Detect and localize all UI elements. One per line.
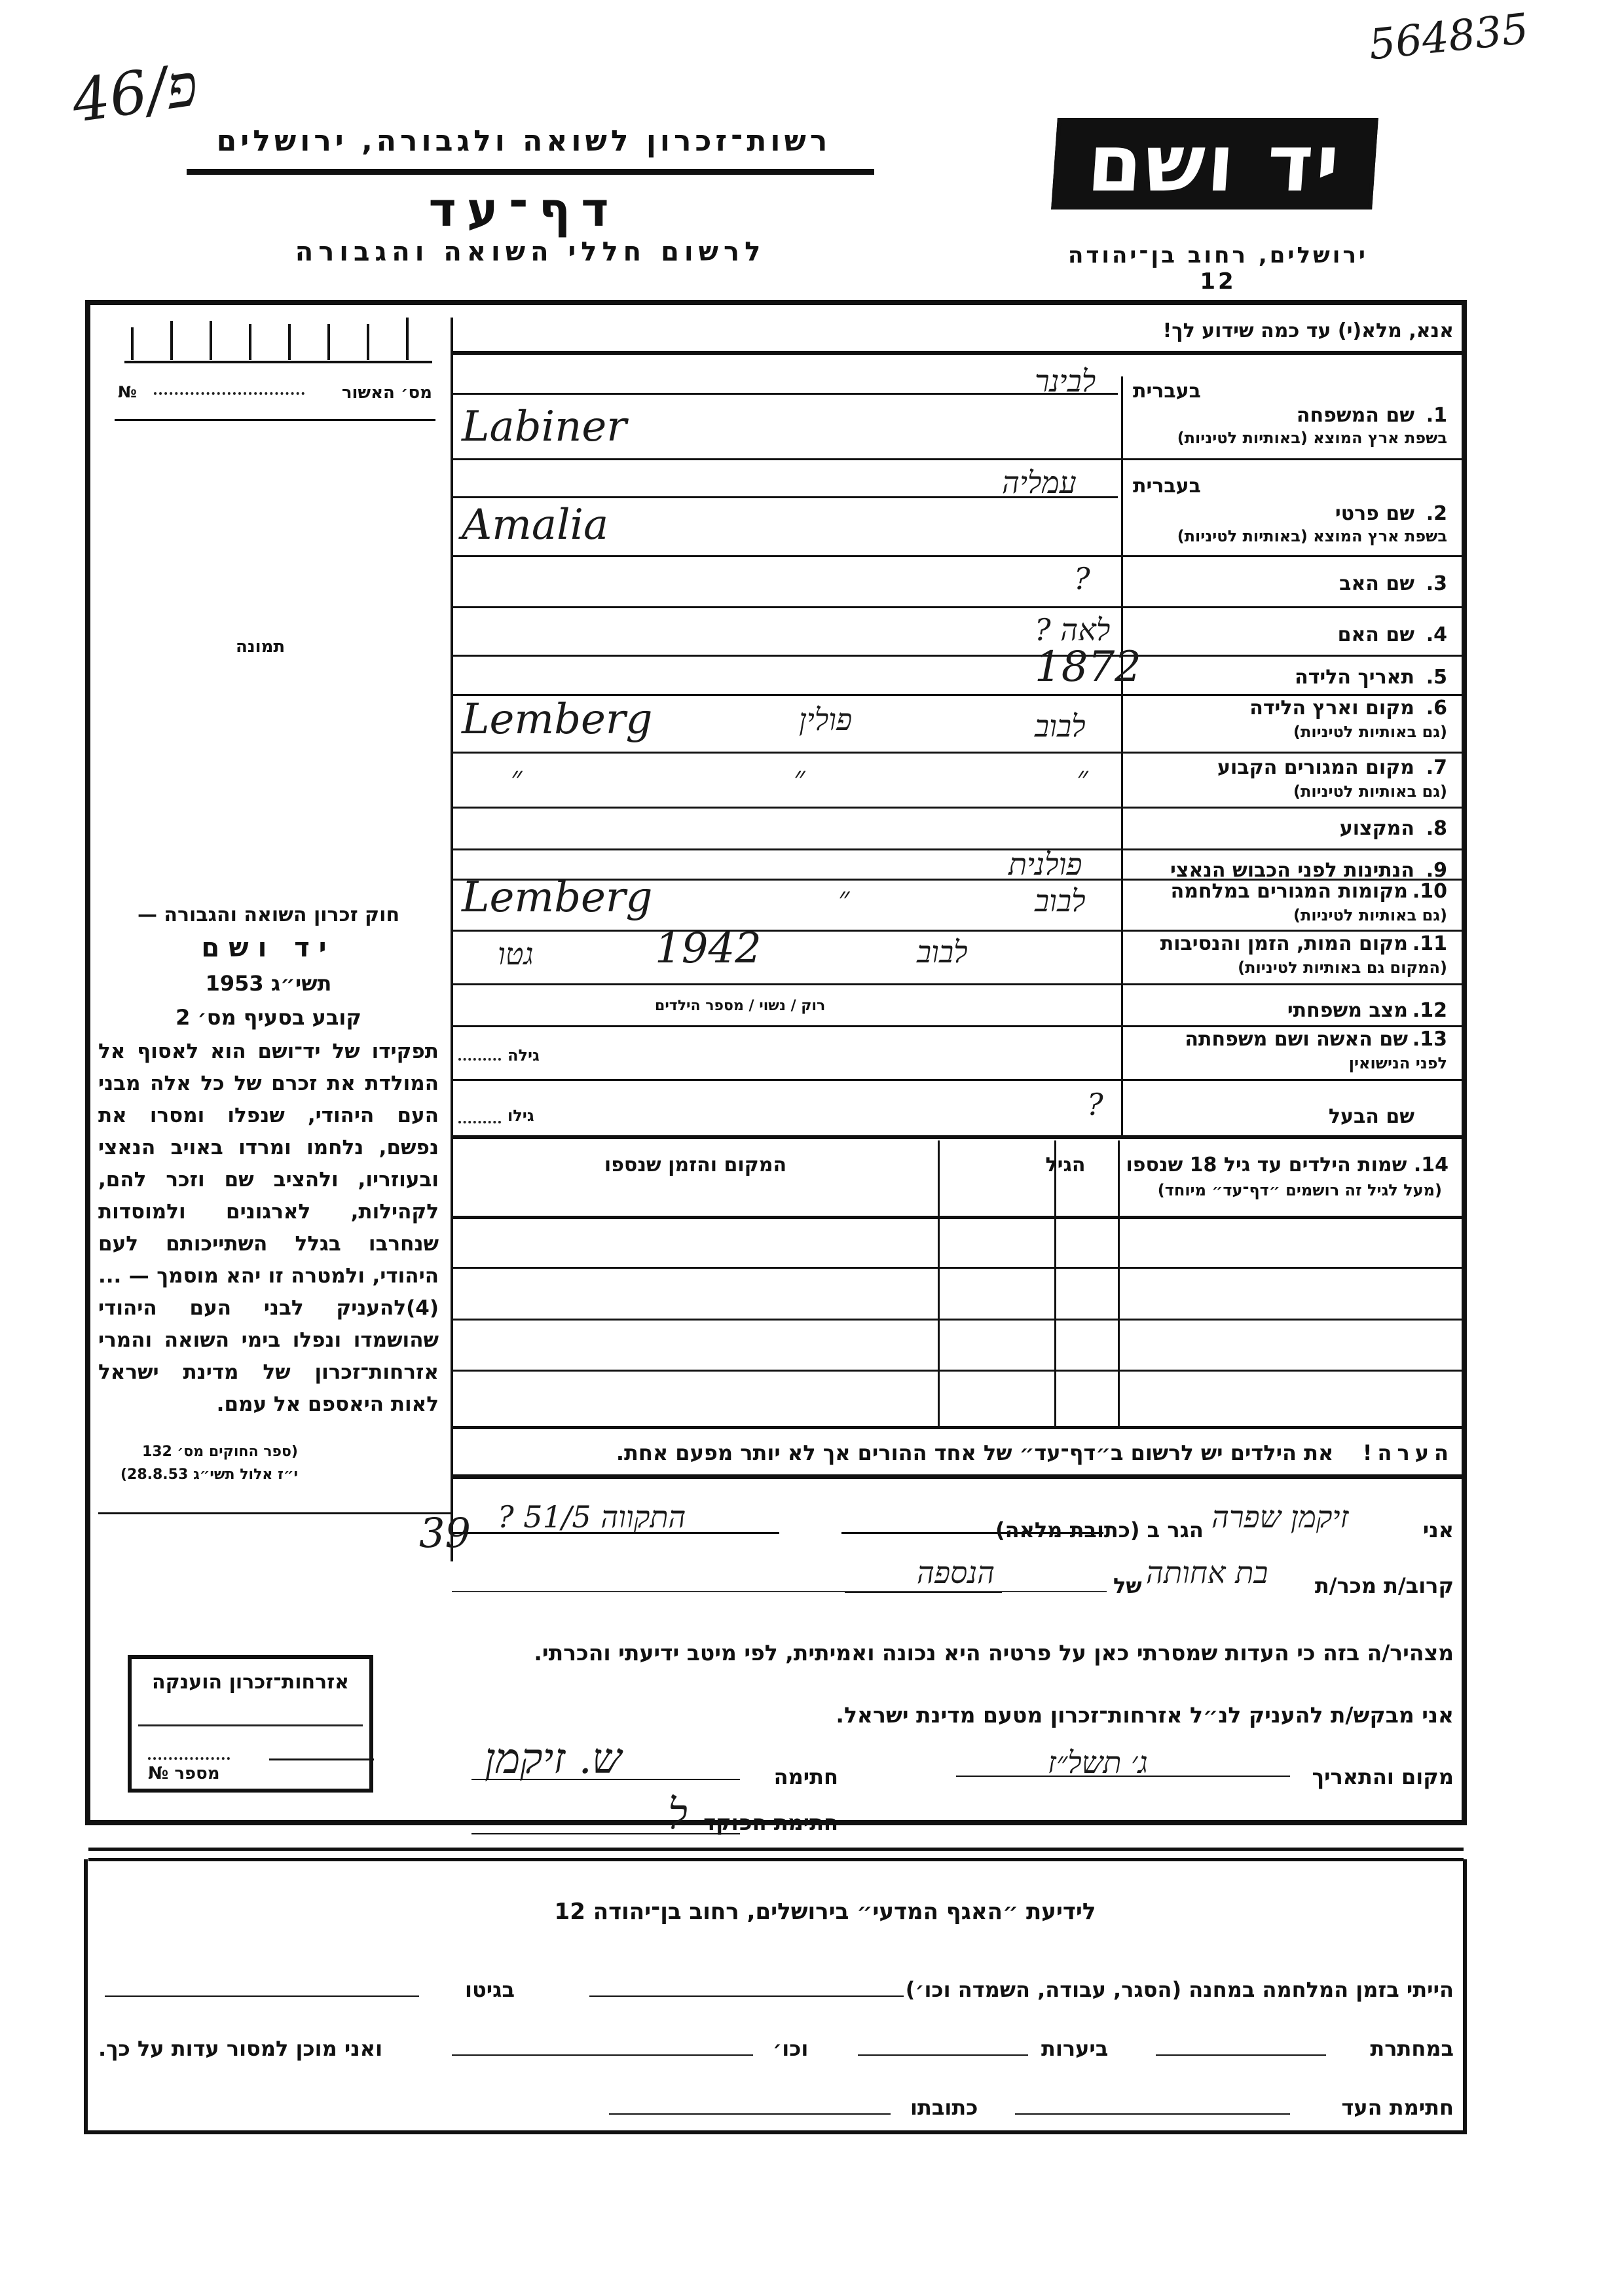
place-date-field[interactable]: מקום והתאריך ג׳ תשל״ז: [950, 1738, 1454, 1797]
field-first-name[interactable]: בעברית 2. שם פרטי בשפת ארץ המוצא (באותיו…: [458, 462, 1460, 553]
of-line: [452, 1591, 1107, 1592]
law-body-text: תפקידו של יד־ושם הוא לאסוף אל המולדת את …: [98, 1036, 439, 1421]
law-year-hebrew: תשי״ג: [271, 971, 332, 996]
note-divider: [453, 1474, 1462, 1479]
declarant-name-field[interactable]: אני זיקמן שפרה הגר ב (כתובת מלאה) התקווה…: [458, 1499, 1460, 1552]
children-row-4[interactable]: [453, 1373, 1462, 1424]
official-signature-field[interactable]: חתימת הפוקד ל: [471, 1797, 838, 1843]
approval-number-ticks: [124, 314, 432, 363]
declarant-relation-field[interactable]: קרוב/ת מכר/ת בת אחותה של הנספה: [458, 1555, 1460, 1607]
field-10-label: מקומות המגורים במלחמה: [1171, 880, 1408, 903]
underground-label: במחתרת: [1370, 2036, 1454, 2061]
children-row-3[interactable]: [453, 1322, 1462, 1369]
field-13-age-dots: [458, 1058, 501, 1061]
children-number: 14.: [1414, 1154, 1449, 1176]
field-wartime-residence[interactable]: 10. מקומות המגורים במלחמה (גם באותיות לט…: [458, 880, 1460, 930]
scientific-dept-title: לידיעת ״האגף המדעי״ בירושלים, רחוב בן־יה…: [458, 1899, 1192, 1925]
children-title: שמות הילדים עד גיל 18 שנספו: [1126, 1154, 1407, 1176]
field-6-value-city: לבוב: [1035, 708, 1086, 744]
field-13-label: שם האשה ושם משפחתה: [1185, 1028, 1408, 1051]
field-2-value-latin: Amalia: [462, 501, 608, 549]
photo-label: תמונה: [236, 637, 285, 657]
signature-field[interactable]: חתימה ש. זיקמן: [471, 1738, 838, 1797]
children-table-title: 14. שמות הילדים עד גיל 18 שנספו: [1126, 1154, 1449, 1176]
of-value: הנספה: [917, 1555, 995, 1590]
witness-address-label: כתובתו: [910, 2095, 978, 2120]
field-11-label: מקום המות, הזמן והנסיבות: [1160, 932, 1408, 955]
memorial-citizenship-stamp: אזרחות־זכרון הוענקה מספר №: [128, 1655, 373, 1793]
field-13-age-label: גילה: [507, 1046, 540, 1065]
field-13-number: 13.: [1412, 1028, 1447, 1051]
note-text: את הילדים יש לרשום ב״דף־עד״ של אחד ההורי…: [616, 1440, 1333, 1465]
field-2-sublabel: בשפת ארץ המוצא (באותיות לטיניות): [1177, 527, 1447, 545]
field-3-divider: [453, 606, 1462, 608]
underground-line[interactable]: במחתרת ביערות וכו׳ ואני מוכן למסור עדות …: [98, 2030, 1454, 2069]
field-4-value: לאה ?: [1035, 612, 1110, 647]
approval-divider: [115, 419, 435, 421]
handwritten-file-ref: פ/46: [68, 50, 202, 136]
place-date-value: ג׳ תשל״ז: [1048, 1745, 1148, 1780]
children-row-line-1: [453, 1267, 1462, 1269]
etc-line-blank: [452, 2054, 753, 2056]
place-date-label: מקום והתאריך: [1312, 1764, 1454, 1789]
field-2-hebrew-line: [453, 496, 1118, 498]
stamp-line-2: [269, 1758, 374, 1760]
law-clause: קובע בסעיף מס׳ 2: [105, 1005, 432, 1030]
form-title: דף־עד: [341, 182, 707, 237]
field-5-label: תאריך הלידה: [1295, 666, 1414, 689]
institution-address: ירושלים, רחוב בן־יהודה 12: [1048, 242, 1388, 295]
declaration-text: מצהיר/ה בזה כי העדות שמסרתי כאן על פרטיה…: [458, 1640, 1454, 1666]
children-row-2[interactable]: [453, 1270, 1462, 1317]
approval-number-field[interactable]: מס׳ האשור №: [118, 383, 432, 409]
place-date-line: [956, 1776, 1290, 1777]
field-10-number: 10.: [1412, 880, 1447, 903]
children-place-header: המקום והזמן שנספו: [453, 1154, 938, 1176]
etc-label: וכו׳: [773, 2036, 808, 2061]
signature-value: ש. זיקמן: [485, 1735, 621, 1783]
field-marital-status[interactable]: 12. מצב משפחתי רוק / נשוי / מספר הילדים: [458, 985, 1460, 1024]
handwritten-record-number: 564835: [1367, 5, 1531, 69]
field-1-value-latin: Labiner: [462, 403, 627, 451]
logo-text: יד ושם: [1084, 118, 1344, 210]
field-permanent-residence[interactable]: 7. מקום המגורים הקבוע (גם באותיות לטיניו…: [458, 753, 1460, 807]
field-1-number: 1.: [1426, 404, 1447, 427]
photo-area[interactable]: תמונה: [105, 429, 439, 887]
signature-line: [471, 1779, 740, 1780]
field-2-value-hebrew: עמליה: [1002, 465, 1077, 500]
field-12-label: מצב משפחתי: [1287, 999, 1408, 1022]
field-1-divider: [453, 458, 1462, 460]
field-7-value-ditto: ״ ״ ״: [511, 759, 1219, 795]
field-birth-place[interactable]: 6. מקום וארץ הלידה (גם באותיות לטיניות) …: [458, 695, 1460, 751]
willing-to-testify-text: ואני מוכן למסור עדות על כך.: [98, 2036, 382, 2061]
field-2-divider: [453, 555, 1462, 557]
declarant-address-line: [452, 1532, 779, 1534]
form-section-divider-1: [88, 1848, 1464, 1851]
field-10-value-hebrew: לבוב: [1035, 883, 1086, 919]
field-husband-age-label: גילו: [507, 1106, 534, 1125]
field-7-number: 7.: [1426, 756, 1447, 779]
official-signature-value: ל: [668, 1791, 688, 1839]
field-6-value-country: פולין: [799, 702, 852, 737]
field-4-label: שם האם: [1338, 623, 1414, 646]
field-2-hebrew-tag: בעברית: [1133, 475, 1201, 498]
request-text: אני מבקש/ת להעניק לנ״ל אזרחות־זכרון מטעם…: [458, 1702, 1454, 1728]
stamp-number-label: מספר №: [148, 1764, 220, 1783]
camp-line[interactable]: הייתי בזמן המלחמה במחנה (הסגר, עבודה, הש…: [98, 1971, 1454, 2010]
field-8-label: המקצוע: [1340, 817, 1414, 840]
form-subtitle: לרשום חללי השואה והגבורה: [255, 237, 805, 267]
field-11-sublabel: (המקום גם באותיות לטיניות): [1238, 958, 1447, 977]
field-12-options: רוק / נשוי / מספר הילדים: [655, 998, 825, 1014]
field-husband-divider: [453, 1135, 1462, 1139]
field-5-number: 5.: [1426, 666, 1447, 689]
witness-address-blank: [609, 2113, 891, 2115]
field-2-label: שם פרטי: [1335, 502, 1414, 525]
field-1-hebrew-line: [453, 393, 1118, 395]
children-row-line-2: [453, 1319, 1462, 1321]
witness-signature-blank: [1015, 2113, 1290, 2115]
field-9-value: פולנית: [1008, 847, 1082, 882]
children-row-line-3: [453, 1370, 1462, 1372]
organization-name: רשות־זכרון לשואה ולגבורה, ירושלים: [183, 124, 864, 158]
camp-text: הייתי בזמן המלחמה במחנה (הסגר, עבודה, הש…: [906, 1977, 1454, 2002]
children-table: 14. שמות הילדים עד גיל 18 שנספו (מעל לגי…: [453, 1140, 1462, 1429]
field-7-label: מקום המגורים הקבוע: [1217, 756, 1414, 779]
field-12-number: 12.: [1412, 999, 1447, 1022]
approval-number-dots: [154, 392, 304, 395]
stamp-number-dots: [148, 1757, 230, 1760]
field-11-value-note: גטו: [498, 936, 534, 972]
forests-label: ביערות: [1041, 2036, 1108, 2061]
field-6-label: מקום וארץ הלידה: [1249, 697, 1414, 720]
declarant-address-value: התקווה 51/5 ?: [498, 1499, 686, 1535]
field-husband-age-dots: [458, 1121, 501, 1123]
children-age-header: הגיל: [1039, 1154, 1092, 1176]
field-13-sublabel: לפני הנישואין: [1349, 1054, 1447, 1072]
field-6-sublabel: (גם באותיות לטיניות): [1293, 723, 1447, 741]
field-profession[interactable]: 8. המקצוע: [458, 808, 1460, 848]
field-wife-maiden-name[interactable]: 13. שם האשה ושם משפחתה לפני הנישואין גיל…: [458, 1027, 1460, 1079]
approval-number-label: מס׳ האשור: [342, 383, 432, 403]
law-citation-2: י״ז אלול תשי״ג 28.8.53): [101, 1467, 298, 1483]
law-divider: [98, 1512, 452, 1514]
field-10-value-latin: Lemberg: [462, 873, 652, 922]
field-11-value-hebrew: לבוב: [917, 934, 968, 970]
field-birth-date[interactable]: 5. תאריך הלידה 1872: [458, 656, 1460, 694]
field-7-sublabel: (גם באותיות לטיניות): [1293, 782, 1447, 801]
field-1-label: שם המשפחה: [1297, 404, 1414, 427]
law-name: יד ושם: [105, 933, 432, 963]
field-3-label: שם האב: [1339, 572, 1414, 595]
of-label: של: [1113, 1573, 1142, 1598]
field-husband-label: שם הבעל: [1329, 1105, 1414, 1128]
field-10-value-ditto: ״: [838, 880, 849, 915]
declarant-residing-label: הגר ב (כתובת מלאה): [995, 1518, 1204, 1542]
underground-line-blank: [1156, 2054, 1326, 2056]
header-divider: [187, 169, 874, 175]
children-note: הערה! את הילדים יש לרשום ב״דף־עד״ של אחד…: [458, 1440, 1454, 1465]
official-signature-label: חתימת הפוקד: [703, 1810, 838, 1835]
field-3-value: ?: [1074, 561, 1090, 596]
field-mother-name[interactable]: 4. שם האם לאה ?: [458, 609, 1460, 656]
field-6-value-latin: Lemberg: [462, 695, 652, 744]
field-10-sublabel: (גם באותיות לטיניות): [1293, 906, 1447, 924]
field-2-number: 2.: [1426, 502, 1447, 525]
relation-label: קרוב/ת מכר/ת: [1315, 1573, 1454, 1598]
law-citation-1: (ספר החוקים מס׳ 132: [101, 1444, 298, 1460]
declarant-name-value: זיקמן שפרה: [1211, 1499, 1348, 1535]
ghetto-line-blank: [105, 1995, 419, 1997]
field-11-number: 11.: [1412, 932, 1447, 955]
field-death-place-time[interactable]: 11. מקום המות, הזמן והנסיבות (המקום גם ב…: [458, 931, 1460, 983]
relation-value: בת אחותה: [1146, 1555, 1268, 1590]
official-signature-line: [471, 1833, 740, 1834]
ghetto-label: בגיטו: [465, 1977, 515, 2002]
field-1-sublabel: בשפת ארץ המוצא (באותיות לטיניות): [1177, 429, 1447, 447]
field-1-hebrew-tag: בעברית: [1133, 380, 1201, 403]
field-4-number: 4.: [1426, 623, 1447, 646]
witness-signature-label: חתימת העד: [1341, 2095, 1454, 2120]
law-title: חוק זכרון השואה והגבורה —: [105, 903, 432, 926]
field-family-name[interactable]: בעברית 1. שם המשפחה בשפת ארץ המוצא (באות…: [458, 357, 1460, 455]
note-label: הערה!: [1363, 1440, 1454, 1465]
stamp-line-1: [138, 1724, 363, 1726]
field-5-value: 1872: [1035, 643, 1141, 691]
field-husband-name[interactable]: שם הבעל ? גילו: [458, 1080, 1460, 1134]
children-table-bottom: [453, 1426, 1462, 1429]
forests-line-blank: [858, 2054, 1028, 2056]
field-11-value-year: 1942: [655, 924, 762, 973]
law-year: תשי״ג 1953: [105, 971, 432, 996]
fill-instruction: אנא, מלא(י) עד כמה שידוע לך!: [917, 319, 1454, 342]
signature-label: חתימה: [774, 1764, 838, 1789]
law-year-gregorian: 1953: [206, 971, 264, 996]
declarant-name-line: [841, 1532, 1103, 1534]
field-8-number: 8.: [1426, 817, 1447, 840]
field-6-number: 6.: [1426, 697, 1447, 720]
field-husband-value: ?: [1087, 1087, 1103, 1122]
yad-vashem-logo: יד ושם: [1051, 118, 1378, 210]
stamp-number-text: מספר: [174, 1764, 219, 1783]
field-3-number: 3.: [1426, 572, 1447, 595]
stamp-title: אזרחות־זכרון הוענקה: [132, 1671, 369, 1694]
stamp-number-symbol: №: [148, 1764, 168, 1783]
witness-line[interactable]: חתימת העד כתובתו: [98, 2088, 1454, 2128]
declarant-i-label: אני: [1423, 1518, 1454, 1542]
children-table-subtitle: (מעל לגיל זה רושמים ״דף־עד״ מיוחד): [1158, 1181, 1442, 1199]
instruction-divider: [453, 351, 1462, 355]
field-father-name[interactable]: 3. שם האב ?: [458, 558, 1460, 605]
camp-line-blank: [589, 1995, 904, 1997]
number-symbol: №: [118, 383, 137, 401]
children-row-1[interactable]: [453, 1219, 1462, 1266]
